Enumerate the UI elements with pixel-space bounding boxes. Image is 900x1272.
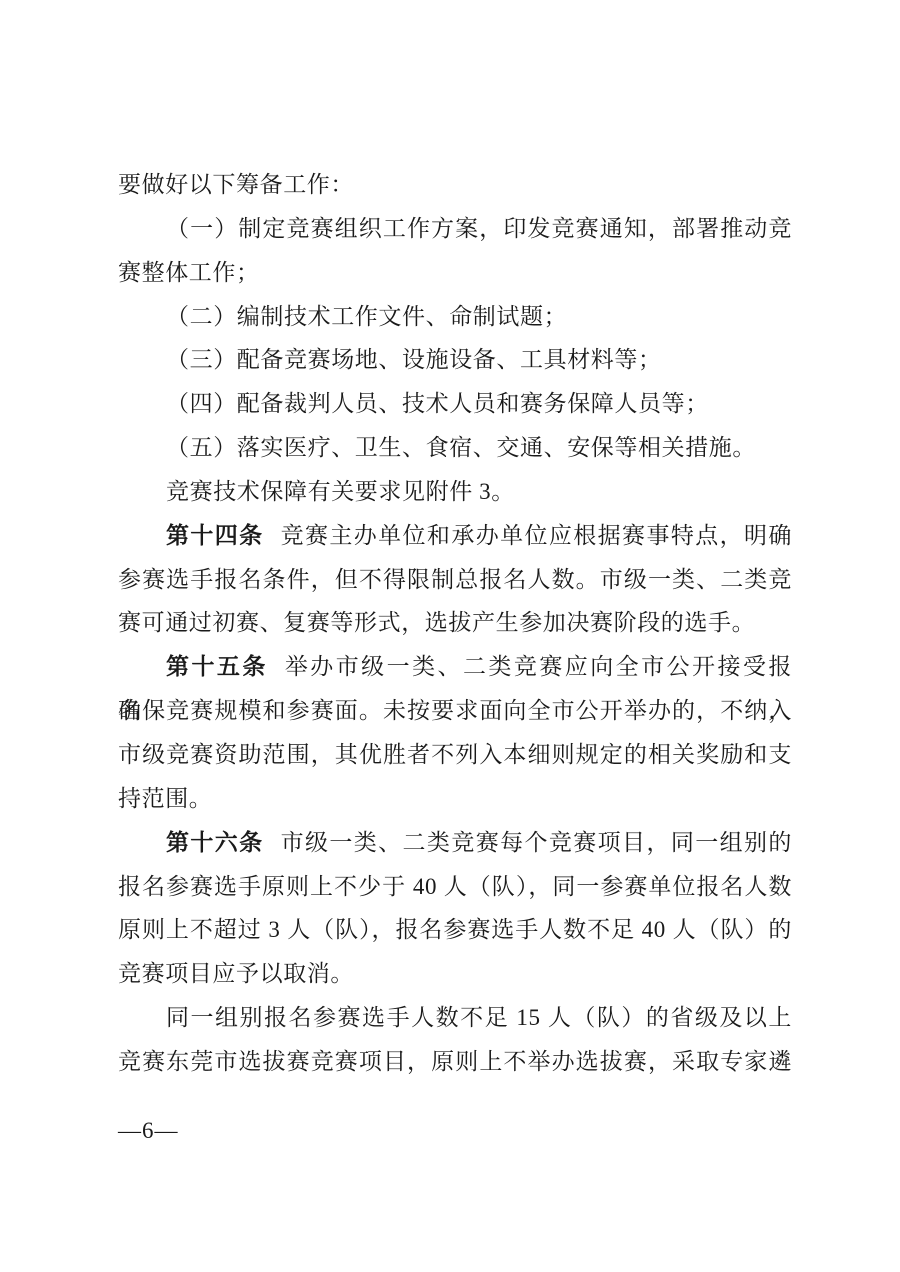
line-text: 确保竞赛规模和参赛面。未按要求面向全市公开举办的，不纳入	[118, 698, 792, 723]
text-line: 持范围。	[118, 777, 792, 821]
text-line: （一）制定竞赛组织工作方案，印发竞赛通知，部署推动竞	[118, 207, 792, 251]
text-line: 报名参赛选手原则上不少于 40 人（队），同一参赛单位报名人数	[118, 865, 792, 909]
line-text: （五）落实医疗、卫生、食宿、交通、安保等相关措施。	[166, 435, 756, 460]
text-line: （三）配备竞赛场地、设施设备、工具材料等；	[118, 338, 792, 382]
document-body: 要做好以下筹备工作：（一）制定竞赛组织工作方案，印发竞赛通知，部署推动竞赛整体工…	[118, 163, 792, 1084]
text-line: 赛整体工作；	[118, 251, 792, 295]
line-text: 竞赛东莞市选拔赛竞赛项目，原则上不举办选拔赛，采取专家遴	[118, 1049, 792, 1074]
document-page: 要做好以下筹备工作：（一）制定竞赛组织工作方案，印发竞赛通知，部署推动竞赛整体工…	[0, 0, 900, 1272]
text-line: 竞赛项目应予以取消。	[118, 952, 792, 996]
line-text: 竞赛技术保障有关要求见附件 3。	[166, 479, 515, 504]
clause-number: 第十四条	[166, 523, 264, 548]
clause-number: 第十六条	[166, 830, 264, 855]
text-line: 市级竞赛资助范围，其优胜者不列入本细则规定的相关奖励和支	[118, 733, 792, 777]
line-text: 原则上不超过 3 人（队），报名参赛选手人数不足 40 人（队）的	[118, 917, 792, 942]
line-text: 市级竞赛资助范围，其优胜者不列入本细则规定的相关奖励和支	[118, 742, 792, 767]
text-line: 竞赛技术保障有关要求见附件 3。	[118, 470, 792, 514]
line-text: 报名参赛选手原则上不少于 40 人（队），同一参赛单位报名人数	[118, 874, 792, 899]
text-line: 赛可通过初赛、复赛等形式，选拔产生参加决赛阶段的选手。	[118, 601, 792, 645]
text-line: 同一组别报名参赛选手人数不足 15 人（队）的省级及以上	[118, 996, 792, 1040]
text-line: （二）编制技术工作文件、命制试题；	[118, 295, 792, 339]
line-text: （三）配备竞赛场地、设施设备、工具材料等；	[166, 347, 662, 372]
text-line: 要做好以下筹备工作：	[118, 163, 792, 207]
text-line: （五）落实医疗、卫生、食宿、交通、安保等相关措施。	[118, 426, 792, 470]
line-text: 同一组别报名参赛选手人数不足 15 人（队）的省级及以上	[166, 1005, 792, 1030]
line-text: 赛可通过初赛、复赛等形式，选拔产生参加决赛阶段的选手。	[118, 610, 755, 635]
line-text: 参赛选手报名条件，但不得限制总报名人数。市级一类、二类竞	[118, 567, 792, 592]
line-text: 要做好以下筹备工作：	[118, 172, 354, 197]
text-line: 第十四条竞赛主办单位和承办单位应根据赛事特点，明确	[118, 514, 792, 558]
clause-number: 第十五条	[166, 654, 268, 679]
text-line: 第十六条市级一类、二类竞赛每个竞赛项目，同一组别的	[118, 821, 792, 865]
line-text: 竞赛项目应予以取消。	[118, 961, 354, 986]
line-text: （一）制定竞赛组织工作方案，印发竞赛通知，部署推动竞	[166, 216, 792, 241]
text-line: 参赛选手报名条件，但不得限制总报名人数。市级一类、二类竞	[118, 558, 792, 602]
text-line: 竞赛东莞市选拔赛竞赛项目，原则上不举办选拔赛，采取专家遴	[118, 1040, 792, 1084]
text-line: （四）配备裁判人员、技术人员和赛务保障人员等；	[118, 382, 792, 426]
line-text: （二）编制技术工作文件、命制试题；	[166, 304, 567, 329]
text-line: 原则上不超过 3 人（队），报名参赛选手人数不足 40 人（队）的	[118, 908, 792, 952]
line-text: 持范围。	[118, 786, 212, 811]
line-text: 市级一类、二类竞赛每个竞赛项目，同一组别的	[281, 830, 792, 855]
text-line: 确保竞赛规模和参赛面。未按要求面向全市公开举办的，不纳入	[118, 689, 792, 733]
text-line: 第十五条举办市级一类、二类竞赛应向全市公开接受报名，	[118, 645, 792, 689]
line-text: （四）配备裁判人员、技术人员和赛务保障人员等；	[166, 391, 709, 416]
line-text: 赛整体工作；	[118, 260, 260, 285]
line-text: 竞赛主办单位和承办单位应根据赛事特点，明确	[281, 523, 792, 548]
page-number: —6—	[118, 1119, 179, 1143]
